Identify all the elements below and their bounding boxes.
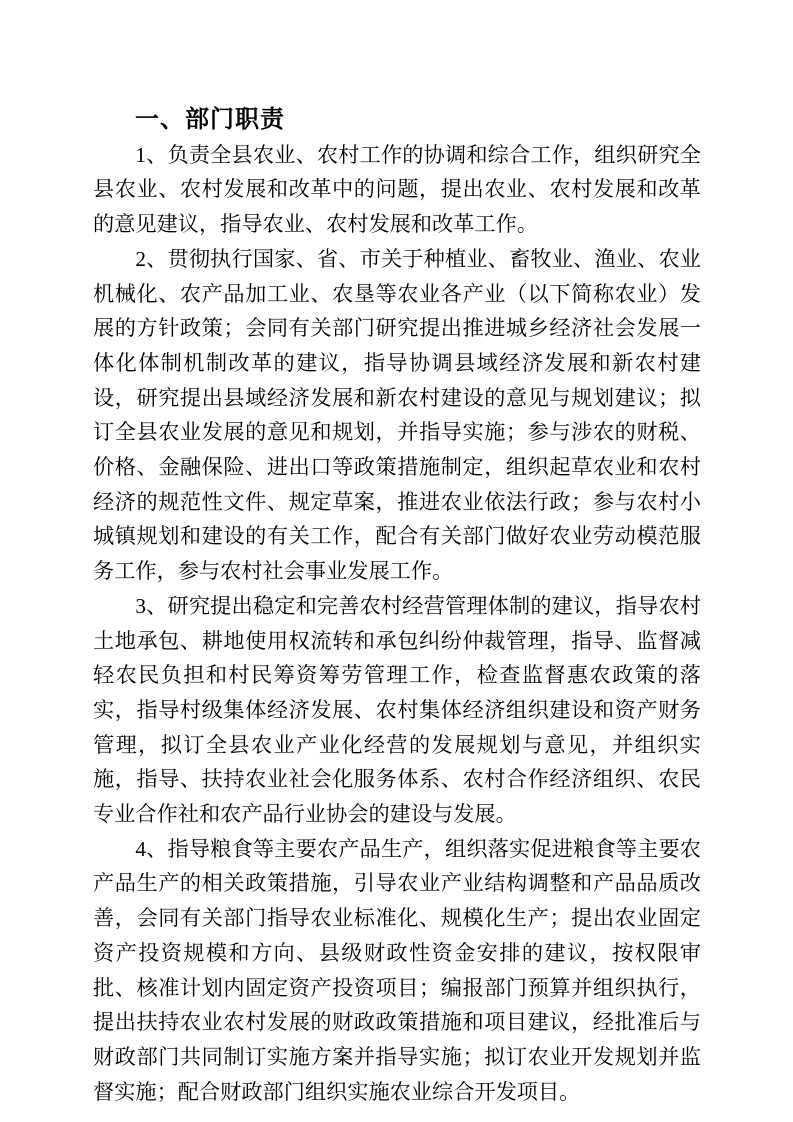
paragraph-duty-4: 4、指导粮食等主要农产品生产，组织落实促进粮食等主要农产品生产的相关政策措施，引… — [93, 832, 701, 1110]
paragraph-duty-3: 3、研究提出稳定和完善农村经营管理体制的建议，指导农村土地承包、耕地使用权流转和… — [93, 589, 701, 832]
paragraph-duty-1: 1、负责全县农业、农村工作的协调和综合工作，组织研究全县农业、农村发展和改革中的… — [93, 138, 701, 242]
document-content: 一、部门职责 1、负责全县农业、农村工作的协调和综合工作，组织研究全县农业、农村… — [93, 103, 701, 1109]
document-page: 一、部门职责 1、负责全县农业、农村工作的协调和综合工作，组织研究全县农业、农村… — [0, 0, 793, 1122]
section-heading: 一、部门职责 — [93, 103, 701, 138]
paragraph-duty-2: 2、贯彻执行国家、省、市关于种植业、畜牧业、渔业、农业机械化、农产品加工业、农垦… — [93, 242, 701, 589]
